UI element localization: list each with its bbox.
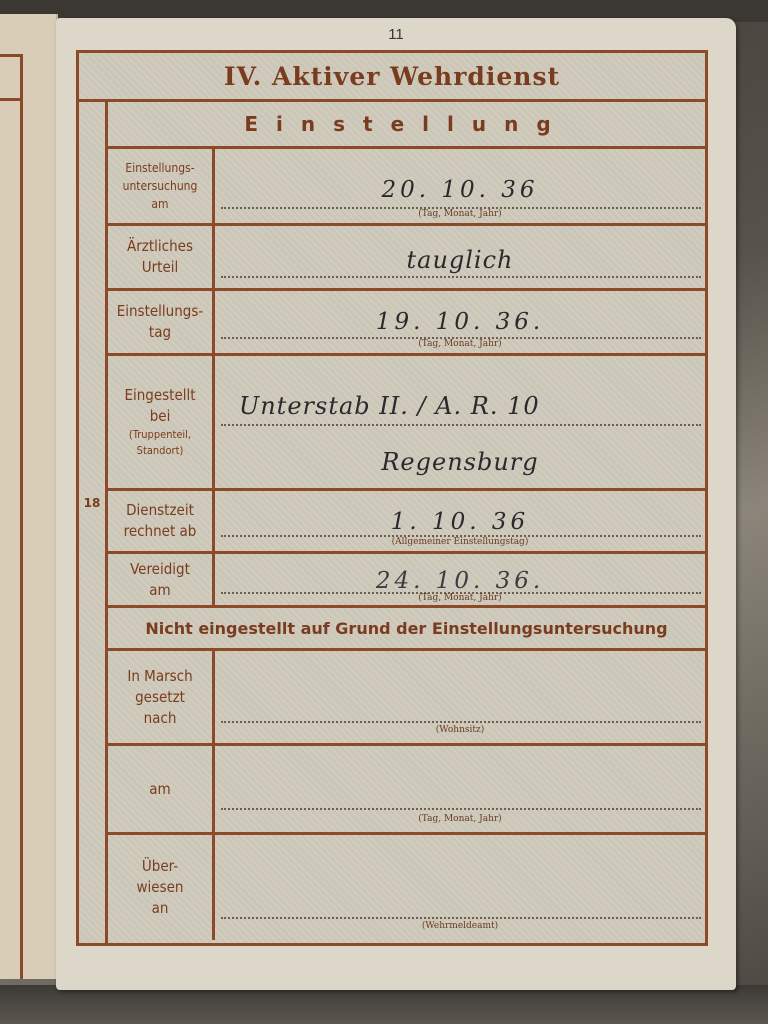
row-assigned-unit: Eingestellt bei (Truppenteil, Standort) … [108, 356, 705, 491]
facing-page-rule [0, 54, 23, 57]
row-label: Über- wiesen an [108, 835, 215, 940]
handwritten-value: 1. 10. 36 [215, 509, 705, 535]
dotted-line [221, 808, 701, 810]
row-label: Ärztliches Urteil [108, 226, 215, 288]
handwritten-value: 24. 10. 36. [215, 568, 705, 594]
not-enlisted-heading: Nicht eingestellt auf Grund der Einstell… [108, 608, 705, 651]
row-sworn-in: Vereidigt am 24. 10. 36. (Tag, Monat, Ja… [108, 554, 705, 608]
examination-date-field[interactable]: 20. 10. 36 (Tag, Monat, Jahr) [215, 149, 705, 223]
section-heading: Einstellung [108, 102, 705, 149]
form-frame: IV. Aktiver Wehrdienst 18 Einstellung Ei… [76, 50, 708, 946]
field-caption: (Tag, Monat, Jahr) [215, 209, 705, 219]
dotted-line [221, 917, 701, 919]
row-transferred-to: Über- wiesen an (Wehrmeldeamt) [108, 835, 705, 940]
row-label: Vereidigt am [108, 554, 215, 605]
facing-page-rule [0, 98, 23, 101]
row-sent-date: am (Tag, Monat, Jahr) [108, 746, 705, 835]
enlistment-day-field[interactable]: 19. 10. 36. (Tag, Monat, Jahr) [215, 291, 705, 353]
row-enlistment-day: Einstellungs- tag 19. 10. 36. (Tag, Mona… [108, 291, 705, 356]
field-caption: (Tag, Monat, Jahr) [215, 339, 705, 349]
dotted-line [221, 721, 701, 723]
document-page: 11 IV. Aktiver Wehrdienst 18 Einstellung… [56, 18, 736, 990]
page-number: 11 [56, 26, 736, 43]
medical-verdict-field[interactable]: tauglich [215, 226, 705, 288]
facing-page-edge [0, 14, 58, 979]
handwritten-value: 20. 10. 36 [215, 177, 705, 203]
field-caption: (Tag, Monat, Jahr) [215, 814, 705, 824]
facing-page-border [20, 54, 23, 979]
dotted-line [221, 276, 701, 278]
service-start-field[interactable]: 1. 10. 36 (Allgemeiner Einstellungstag) [215, 491, 705, 551]
row-sent-to: In Marsch gesetzt nach (Wohnsitz) [108, 651, 705, 746]
field-caption: (Wehrmeldeamt) [215, 921, 705, 931]
assigned-unit-field[interactable]: Unterstab II. / A. R. 10 Regensburg [215, 356, 705, 488]
field-caption: (Allgemeiner Einstellungstag) [215, 537, 705, 547]
sent-to-field[interactable]: (Wohnsitz) [215, 651, 705, 743]
transferred-to-field[interactable]: (Wehrmeldeamt) [215, 835, 705, 940]
row-service-start: Dienstzeit rechnet ab 1. 10. 36 (Allgeme… [108, 491, 705, 554]
row-label: Einstellungs- untersuchung am [108, 149, 215, 223]
handwritten-unit: Unterstab II. / A. R. 10 [225, 392, 705, 420]
row-medical-verdict: Ärztliches Urteil tauglich [108, 226, 705, 291]
dotted-line [221, 424, 701, 426]
side-column: 18 [79, 102, 108, 943]
field-caption: (Wohnsitz) [215, 725, 705, 735]
row-label: am [108, 746, 215, 832]
handwritten-value: tauglich [215, 246, 705, 274]
handwritten-value: 19. 10. 36. [215, 309, 705, 335]
sworn-in-field[interactable]: 24. 10. 36. (Tag, Monat, Jahr) [215, 554, 705, 605]
field-caption: (Tag, Monat, Jahr) [215, 593, 705, 603]
row-label: In Marsch gesetzt nach [108, 651, 215, 743]
handwritten-location: Regensburg [215, 448, 705, 476]
side-number: 18 [79, 496, 105, 510]
row-label: Dienstzeit rechnet ab [108, 491, 215, 551]
form-title: IV. Aktiver Wehrdienst [79, 53, 705, 102]
row-label: Eingestellt bei (Truppenteil, Standort) [108, 356, 215, 488]
background-bottom [0, 985, 768, 1024]
sent-date-field[interactable]: (Tag, Monat, Jahr) [215, 746, 705, 832]
row-examination-date: Einstellungs- untersuchung am 20. 10. 36… [108, 149, 705, 226]
row-label: Einstellungs- tag [108, 291, 215, 353]
